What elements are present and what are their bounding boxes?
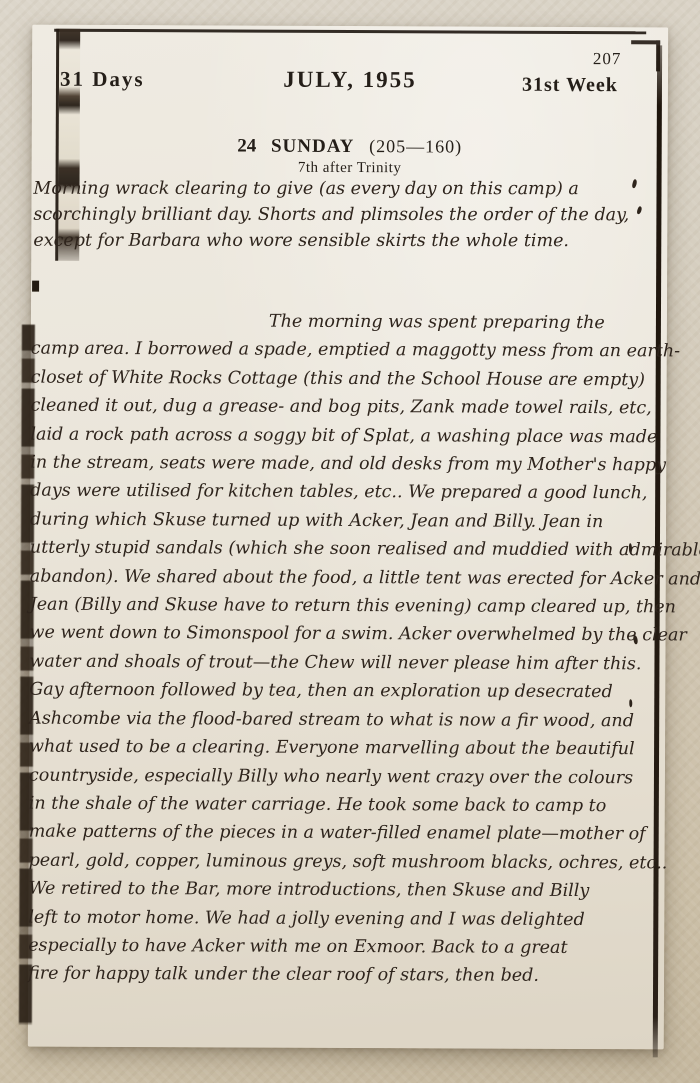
- handwriting-line: except for Barbara who wore sensible ski…: [33, 228, 645, 255]
- handwriting-line: Ashcombe via the flood-bared stream to w…: [29, 704, 645, 735]
- day-name: SUNDAY: [271, 136, 355, 157]
- handwriting-line: during which Skuse turned up with Acker,…: [30, 505, 646, 536]
- handwriting-line: scorchingly brilliant day. Shorts and pl…: [33, 202, 645, 229]
- page-number: 207: [572, 49, 642, 69]
- handwriting-line: The morning was spent preparing the: [31, 307, 647, 338]
- handwriting-line: especially to have Acker with me on Exmo…: [28, 932, 644, 963]
- photo-backdrop: 207 31 Days JULY, 1955 31st Week 24 SUND…: [0, 0, 700, 1083]
- handwriting-line: countryside, especially Billy who nearly…: [29, 761, 645, 792]
- handwriting-line: water and shoals of trout—the Chew will …: [29, 647, 645, 678]
- page-top-border: [54, 29, 646, 35]
- day-heading: 24 SUNDAY (205—160): [32, 135, 668, 160]
- handwriting-line: Morning wrack clearing to give (as every…: [33, 176, 645, 203]
- ink-blot: [32, 281, 39, 292]
- handwriting-line: we went down to Simonspool for a swim. A…: [30, 619, 646, 650]
- handwriting-line: Jean (Billy and Skuse have to return thi…: [30, 591, 646, 622]
- handwriting-line: Gay afternoon followed by tea, then an e…: [29, 676, 645, 707]
- handwriting-line: in the shale of the water carriage. He t…: [29, 790, 645, 821]
- handwriting-line: days were utilised for kitchen tables, e…: [30, 477, 646, 508]
- diary-page: 207 31 Days JULY, 1955 31st Week 24 SUND…: [28, 25, 668, 1050]
- handwriting-line: make patterns of the pieces in a water-f…: [29, 818, 645, 849]
- handwriting-line: camp area. I borrowed a spade, emptied a…: [31, 335, 647, 366]
- handwriting-line: pearl, gold, copper, luminous greys, sof…: [29, 846, 645, 877]
- handwriting-line: abandon). We shared about the food, a li…: [30, 562, 646, 593]
- week-label: 31st Week: [490, 74, 650, 98]
- handwriting-line: utterly stupid sandals (which she soon r…: [30, 534, 646, 565]
- day-number: 24: [237, 136, 256, 157]
- handwriting-line: We retired to the Bar, more introduction…: [28, 875, 644, 906]
- day-codes: (205—160): [369, 136, 462, 156]
- handwriting-line: what used to be a clearing. Everyone mar…: [29, 733, 645, 764]
- handwritten-body: The morning was spent preparing the camp…: [28, 307, 647, 991]
- handwriting-line: closet of White Rocks Cottage (this and …: [31, 363, 647, 394]
- handwriting-line: laid a rock path across a soggy bit of S…: [30, 420, 646, 451]
- handwriting-line: cleaned it out, dug a grease- and bog pi…: [31, 392, 647, 423]
- handwriting-line: left to motor home. We had a jolly eveni…: [28, 903, 644, 934]
- handwriting-line: fire for happy talk under the clear roof…: [28, 960, 644, 991]
- handwriting-line: in the stream, seats were made, and old …: [30, 449, 646, 480]
- handwritten-intro: Morning wrack clearing to give (as every…: [33, 176, 645, 255]
